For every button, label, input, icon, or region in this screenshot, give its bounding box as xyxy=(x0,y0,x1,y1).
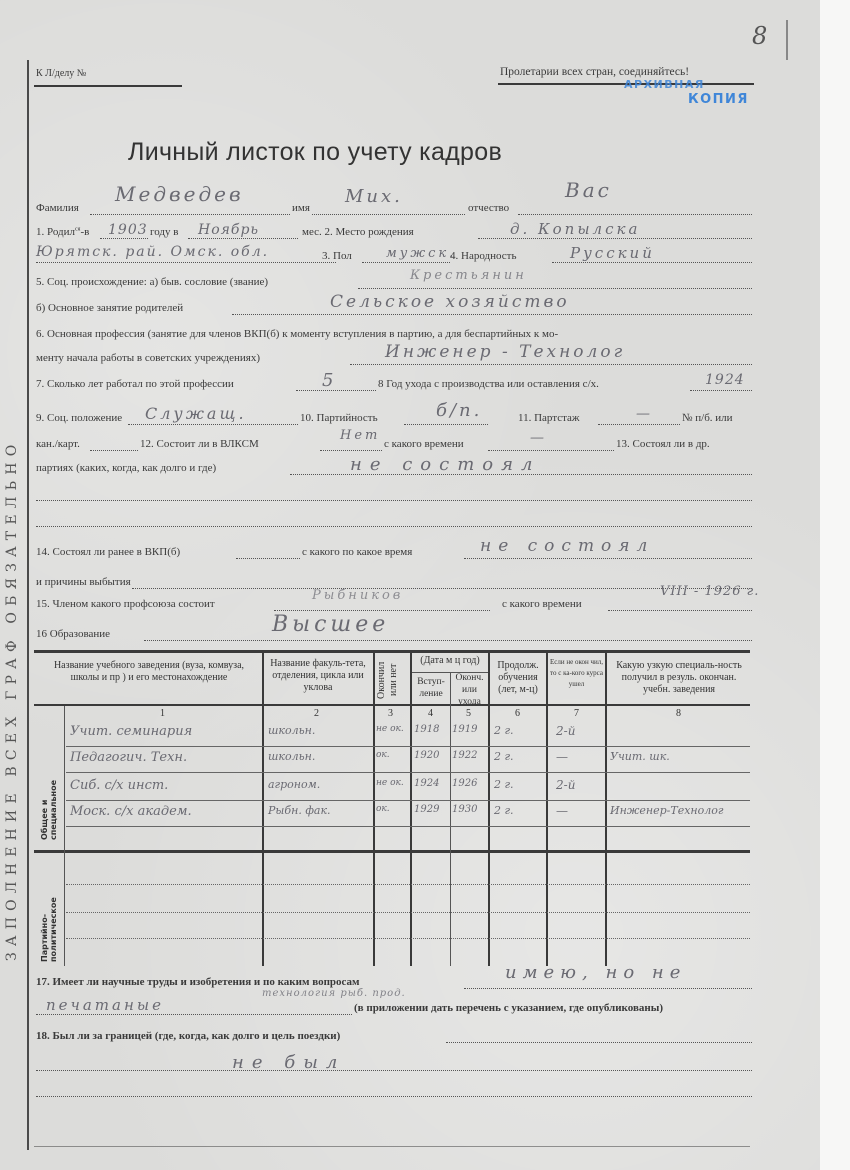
profession-label: 6. Основная профессия (занятие для члено… xyxy=(36,328,558,340)
cell-finished: не ок. xyxy=(376,724,404,734)
profession-value: Инженер - Технолог xyxy=(385,342,625,362)
archive-stamp-line1: АРХИВНАЯ xyxy=(624,78,705,91)
cell-faculty: школьн. xyxy=(268,724,315,737)
other-party-label-cont: партиях (каких, когда, как долго и где) xyxy=(36,462,216,474)
abroad-label: 18. Был ли за границей (где, когда, как … xyxy=(36,1030,340,1042)
cell-duration: 2 г. xyxy=(494,804,514,817)
col-num-6: 6 xyxy=(515,708,520,719)
archive-stamp-line2: КОПИЯ xyxy=(688,92,749,107)
cell-end: 1919 xyxy=(452,724,477,735)
prev-party-line xyxy=(236,558,300,559)
cell-faculty: агроном. xyxy=(268,778,320,791)
parents-occupation-label: б) Основное занятие родителей xyxy=(36,302,183,314)
sex-label: 3. Пол xyxy=(322,250,352,262)
patronymic-value: Вас xyxy=(565,178,612,202)
cell-end: 1926 xyxy=(452,778,477,789)
estate-line xyxy=(358,288,752,289)
union-since-label: с какого времени xyxy=(502,598,582,610)
komsomol-label: 12. Состоит ли в ВЛКСМ xyxy=(140,438,259,450)
header-institution: Название учебного заведения (вуза, комву… xyxy=(40,660,258,684)
birth-label: 1. Родился-в xyxy=(36,226,89,238)
cell-institution: Учит. семинария xyxy=(70,724,192,739)
form-title: Личный листок по учету кадров xyxy=(128,138,502,167)
nationality-value: Русский xyxy=(570,244,655,262)
party-value: б/п. xyxy=(436,400,482,421)
row-rule-3 xyxy=(66,800,750,801)
cell-institution: Сиб. с/х инст. xyxy=(70,778,168,793)
party-length-label: 11. Партстаж xyxy=(518,412,580,424)
col-num-5: 5 xyxy=(466,708,471,719)
party-length-value: — xyxy=(636,406,653,422)
education-label: 16 Образование xyxy=(36,628,110,640)
party-row-rule-2 xyxy=(66,912,750,914)
education-line xyxy=(144,640,752,641)
blank-line-2 xyxy=(36,526,752,527)
section-general-label: Общее и специальное xyxy=(40,740,58,840)
sex-value: мужск. xyxy=(386,246,456,261)
estate-value: Крестьянин xyxy=(410,268,527,283)
cell-end: 1930 xyxy=(452,804,477,815)
header-finished: Окончил или нет xyxy=(376,656,408,704)
union-since-value: VIII - 1926 г. xyxy=(660,584,759,599)
cell-specialty: Учит. шк. xyxy=(610,750,670,763)
leave-year-label: 8 Год ухода с производства или оставлени… xyxy=(378,378,599,390)
candidate-card-label: кан./карт. xyxy=(36,438,80,450)
header-faculty: Название факуль-тета, отделения, цикла и… xyxy=(266,658,370,694)
union-since-line xyxy=(608,610,752,611)
estate-label: 5. Соц. происхождение: а) быв. сословие … xyxy=(36,276,268,288)
profession-line xyxy=(350,364,752,365)
name-value: Мих. xyxy=(345,186,403,207)
komsomol-since-line xyxy=(488,450,614,451)
abroad-line xyxy=(446,1042,752,1043)
profession-label-cont: менту начала работы в советских учрежден… xyxy=(36,352,260,364)
education-value: Высшее xyxy=(272,612,389,637)
table-top-rule xyxy=(34,650,750,653)
header-left-course: Если не окон чил, то с ка-кого курса уше… xyxy=(549,657,604,690)
birth-year-value: 1903 xyxy=(108,222,148,238)
party-card-label: № п/б. или xyxy=(682,412,733,424)
birthplace-value: д. Копылска xyxy=(510,220,640,238)
union-value: Рыбников xyxy=(312,588,403,603)
col-num-4: 4 xyxy=(428,708,433,719)
file-reference-label: К Л/делу № xyxy=(36,68,86,79)
birthplace-line xyxy=(478,238,752,239)
social-status-value: Служащ. xyxy=(145,404,247,423)
col-num-3: 3 xyxy=(388,708,393,719)
works-line xyxy=(464,988,752,989)
cell-course: 2-й xyxy=(556,778,575,792)
komsomol-value: Нет xyxy=(340,428,380,443)
union-label: 15. Членом какого профсоюза состоит xyxy=(36,598,215,610)
party-label: 10. Партийность xyxy=(300,412,378,424)
cell-course: — xyxy=(556,750,568,764)
page-number: 8 xyxy=(752,22,767,50)
cell-specialty: Инженер-Технолог xyxy=(610,804,723,817)
name-line xyxy=(312,214,465,215)
leave-year-line xyxy=(690,390,752,391)
col-divider-7 xyxy=(605,653,607,966)
slogan: Пролетарии всех стран, соединяйтесь! xyxy=(500,66,689,78)
col-num-7: 7 xyxy=(574,708,579,719)
other-party-value: не состоял xyxy=(350,454,541,475)
parents-occupation-line xyxy=(232,314,752,315)
table-section-rule xyxy=(34,850,750,853)
cell-end: 1922 xyxy=(452,750,477,761)
works-cont-line xyxy=(36,1014,352,1015)
years-value: 5 xyxy=(322,370,336,391)
birthplace-cont-line xyxy=(36,262,336,263)
section-party-label: Партийно-политическое xyxy=(40,862,58,962)
patronymic-label: отчество xyxy=(468,202,509,214)
party-line xyxy=(404,424,488,425)
file-reference-rule xyxy=(34,85,182,87)
cell-duration: 2 г. xyxy=(494,724,514,737)
parents-occupation-value: Сельское хозяйство xyxy=(330,292,570,312)
birth-year-suffix: году в xyxy=(150,226,178,238)
works-value: имею, но не xyxy=(505,962,686,983)
row-rule-4 xyxy=(66,826,750,827)
social-status-label: 9. Соц. положение xyxy=(36,412,122,424)
cell-course: — xyxy=(556,804,568,818)
prev-party-label: 14. Состоял ли ранее в ВКП(б) xyxy=(36,546,180,558)
header-specialty: Какую узкую специаль-ность получил в рез… xyxy=(608,660,750,696)
header-end: Оконч. или ухода xyxy=(451,672,488,708)
other-party-label: 13. Состоял ли в др. xyxy=(616,438,710,450)
birth-month-value: Ноябрь xyxy=(198,222,259,238)
nationality-label: 4. Народность xyxy=(450,250,516,262)
birthplace-continued: Юрятск. рай. Омск. обл. xyxy=(36,244,269,260)
bottom-rule xyxy=(34,1146,750,1147)
surname-label: Фамилия xyxy=(36,202,79,214)
col-divider-2 xyxy=(373,653,375,966)
komsomol-since-label: с какого времени xyxy=(384,438,464,450)
candidate-card-line xyxy=(90,450,138,451)
cell-finished: ок. xyxy=(376,804,390,814)
header-start: Вступ-ление xyxy=(412,676,450,700)
scan-margin xyxy=(820,0,850,1170)
table-header-rule xyxy=(34,704,750,706)
cell-duration: 2 г. xyxy=(494,750,514,763)
birthplace-label: мес. 2. Место рождения xyxy=(302,226,414,238)
abroad-line-2 xyxy=(36,1070,752,1071)
cell-start: 1929 xyxy=(414,804,439,815)
col-num-8: 8 xyxy=(676,708,681,719)
komsomol-line xyxy=(320,450,382,451)
name-label: имя xyxy=(292,202,310,214)
cell-faculty: школьн. xyxy=(268,750,315,763)
col-divider-4 xyxy=(450,672,451,966)
leave-year-value: 1924 xyxy=(705,372,745,388)
col-divider-6 xyxy=(546,653,548,966)
surname-line xyxy=(90,214,290,215)
cell-finished: ок. xyxy=(376,750,390,760)
works-instruction: (в приложении дать перечень с указанием,… xyxy=(354,1002,663,1014)
birth-year-line xyxy=(100,238,148,239)
cell-duration: 2 г. xyxy=(494,778,514,791)
sex-line xyxy=(362,262,450,263)
prev-party-period-line xyxy=(464,558,752,559)
cell-start: 1920 xyxy=(414,750,439,761)
col-divider-5 xyxy=(488,653,490,966)
withdrawal-reason-label: и причины выбытия xyxy=(36,576,131,588)
komsomol-since-value: — xyxy=(530,430,547,446)
cell-course: 2-й xyxy=(556,724,575,738)
abroad-line-3 xyxy=(36,1096,752,1097)
nationality-line xyxy=(552,262,752,263)
side-instruction: ЗАПОЛНЕНИЕ ВСЕХ ГРАФ ОБЯЗАТЕЛЬНО xyxy=(4,290,24,1110)
withdrawal-reason-line xyxy=(132,588,752,589)
social-status-line xyxy=(128,424,298,425)
cell-start: 1924 xyxy=(414,778,439,789)
works-value-cont: печатаные xyxy=(46,996,164,1014)
margin-rule xyxy=(27,60,29,1150)
header-date: (Дата м ц год) xyxy=(412,655,488,667)
cell-faculty: Рыбн. фак. xyxy=(268,804,331,817)
blank-line-1 xyxy=(36,500,752,501)
cell-finished: не ок. xyxy=(376,778,404,788)
header-duration: Продолж. обучения (лет, м-ц) xyxy=(490,660,546,696)
col-num-1: 1 xyxy=(160,708,165,719)
patronymic-line xyxy=(518,214,752,215)
works-label: 17. Имеет ли научные труды и изобретения… xyxy=(36,976,360,988)
col-num-2: 2 xyxy=(314,708,319,719)
party-row-rule-3 xyxy=(66,938,750,940)
party-row-rule-1 xyxy=(66,884,750,886)
page-number-rule xyxy=(786,20,788,60)
birth-month-line xyxy=(188,238,298,239)
prev-party-value: не состоял xyxy=(480,536,654,556)
works-note: технология рыб. прод. xyxy=(262,988,406,999)
cell-institution: Педагогич. Техн. xyxy=(70,750,187,765)
col-divider-1 xyxy=(262,653,264,966)
col-divider-label xyxy=(64,706,65,966)
row-rule-2 xyxy=(66,772,750,773)
surname-value: Медведев xyxy=(115,182,244,206)
row-rule-1 xyxy=(66,746,750,747)
cell-start: 1918 xyxy=(414,724,439,735)
party-length-line xyxy=(598,424,680,425)
years-in-profession-label: 7. Сколько лет работал по этой профессии xyxy=(36,378,234,390)
prev-party-period-label: с какого по какое время xyxy=(302,546,412,558)
union-line xyxy=(274,610,490,611)
cell-institution: Моск. с/х академ. xyxy=(70,804,192,819)
